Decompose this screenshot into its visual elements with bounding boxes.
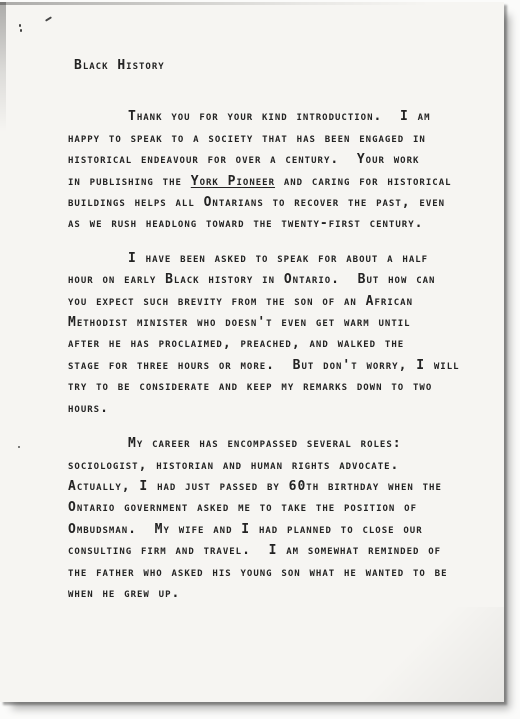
paragraph-introduction: Thank you for your kind introduction. I …	[68, 106, 464, 234]
pen-tick-speck	[45, 16, 52, 21]
ink-dot-speck	[18, 446, 20, 448]
ink-colon-speck	[19, 24, 21, 27]
page-curl-shading	[354, 607, 504, 702]
document-title: Black History	[74, 55, 464, 76]
scan-edge-top	[0, 2, 430, 5]
scanned-page: Black History Thank you for your kind in…	[0, 0, 520, 719]
scan-edge-left	[0, 2, 6, 132]
paper-sheet: Black History Thank you for your kind in…	[0, 2, 504, 702]
york-pioneer-publication-title: York Pioneer	[191, 174, 275, 189]
paragraph-career: My career has encompassed several roles:…	[68, 433, 464, 604]
paragraph-speech-length: I have been asked to speak for about a h…	[68, 248, 464, 419]
